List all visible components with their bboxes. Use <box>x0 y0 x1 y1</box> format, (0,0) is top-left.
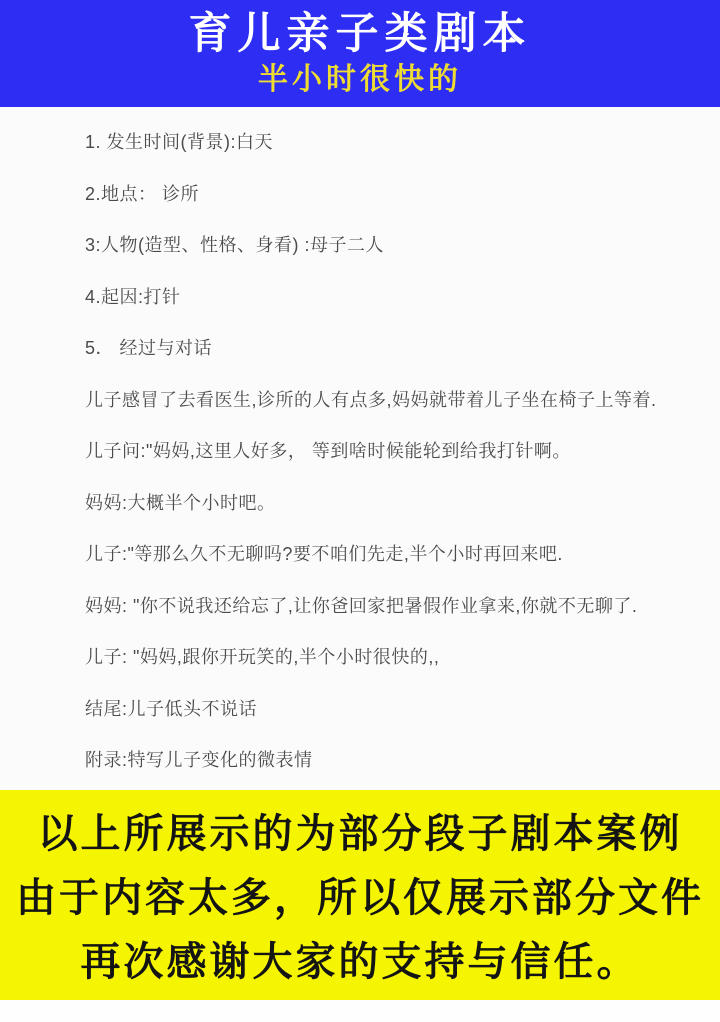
script-line-narration: 儿子感冒了去看医生,诊所的人有点多,妈妈就带着儿子坐在椅子上等着. <box>85 391 680 410</box>
script-line-time: 1. 发生时间(背景):白天 <box>85 133 680 152</box>
script-line-dialog-mom-1: 妈妈:大概半个小时吧。 <box>85 494 680 513</box>
footer-notice-line-1: 以上所展示的为部分段子剧本案例 <box>38 813 683 855</box>
script-line-dialog-son-2: 儿子:"等那么久不无聊吗?要不咱们先走,半个小时再回来吧. <box>85 545 680 564</box>
footer-notice-line-3: 再次感谢大家的支持与信任。 <box>81 941 640 983</box>
script-line-appendix: 附录:特写儿子变化的微表情 <box>85 751 680 770</box>
script-page: 育儿亲子类剧本 半小时很快的 1. 发生时间(背景):白天 2.地点： 诊所 3… <box>0 0 720 1022</box>
page-header: 育儿亲子类剧本 半小时很快的 <box>0 0 720 107</box>
script-line-dialog-son-1: 儿子问:"妈妈,这里人好多， 等到啥时候能轮到给我打针啊。 <box>85 442 680 461</box>
script-line-place: 2.地点： 诊所 <box>85 185 680 204</box>
page-title: 育儿亲子类剧本 <box>0 8 720 60</box>
footer-notice: 以上所展示的为部分段子剧本案例 由于内容太多，所以仅展示部分文件 再次感谢大家的… <box>0 790 720 1000</box>
bottom-margin-strip <box>0 1000 720 1022</box>
script-line-cause: 4.起因:打针 <box>85 288 680 307</box>
script-line-characters: 3:人物(造型、性格、身看) :母子二人 <box>85 236 680 255</box>
script-content: 1. 发生时间(背景):白天 2.地点： 诊所 3:人物(造型、性格、身看) :… <box>0 107 720 790</box>
script-line-process-heading: 5． 经过与对话 <box>85 339 680 358</box>
script-line-dialog-mom-2: 妈妈: "你不说我还给忘了,让你爸回家把暑假作业拿来,你就不无聊了. <box>85 597 680 616</box>
footer-notice-line-2: 由于内容太多，所以仅展示部分文件 <box>16 877 704 919</box>
script-line-ending: 结尾:儿子低头不说话 <box>85 700 680 719</box>
page-subtitle: 半小时很快的 <box>0 60 720 100</box>
script-line-dialog-son-3: 儿子: "妈妈,跟你开玩笑的,半个小时很快的,, <box>85 648 680 667</box>
